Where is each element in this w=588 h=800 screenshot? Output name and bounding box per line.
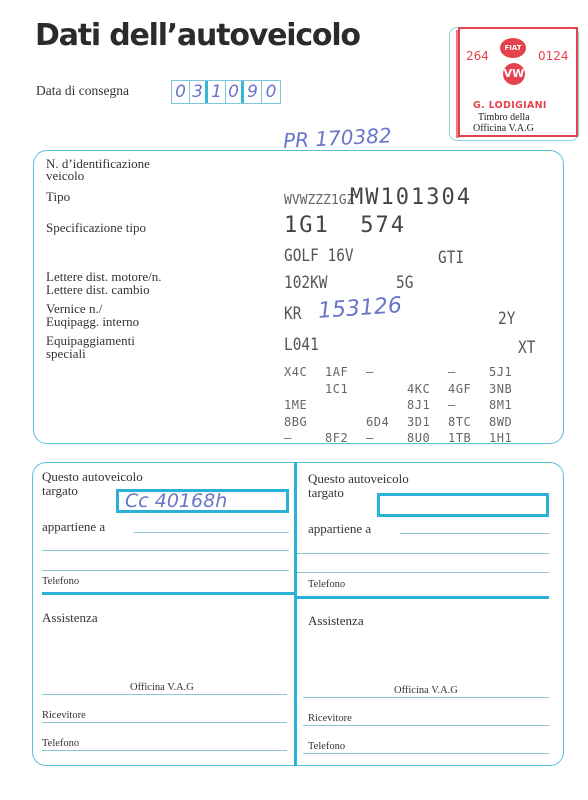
- left-owner-line[interactable]: [134, 532, 289, 533]
- option-code: 8TC: [448, 415, 471, 429]
- type-value: 1G1 574: [284, 213, 406, 238]
- right-section-divider: [297, 596, 549, 599]
- vin-suffix: MW101304: [350, 185, 472, 210]
- left-receiver-line[interactable]: [42, 722, 287, 723]
- right-receiver-line[interactable]: [303, 725, 549, 726]
- option-code: –: [366, 365, 374, 379]
- option-code: –: [284, 431, 292, 445]
- stamp-edge: [456, 30, 459, 138]
- left-workshop-line[interactable]: [42, 694, 287, 695]
- vw-logo-icon: VW: [503, 63, 525, 85]
- option-code: 1C1: [325, 382, 348, 396]
- option-code: 8BG: [284, 415, 307, 429]
- left-receiver-label: Ricevitore: [42, 710, 86, 721]
- right-plate-field[interactable]: [377, 493, 549, 517]
- left-plate-value: Cc 40168h: [125, 490, 227, 512]
- option-code: 1H1: [489, 431, 512, 445]
- stamp-caption-line2: Officina V.A.G: [473, 124, 534, 134]
- right-phone-label: Telefono: [308, 579, 345, 590]
- right-heading-line1: Questo autoveicolo: [308, 472, 409, 485]
- option-code: 4GF: [448, 382, 471, 396]
- right-workshop-line[interactable]: [303, 697, 549, 698]
- option-code: 1ME: [284, 398, 307, 412]
- delivery-date-label: Data di consegna: [36, 84, 129, 97]
- interior-label: Euqipagg. interno: [46, 315, 139, 328]
- date-digit: 0: [262, 81, 280, 103]
- option-code: –: [448, 398, 456, 412]
- gearbox-label: Lettere dist. cambio: [46, 283, 150, 296]
- special-equipment-label-line2: speciali: [46, 347, 86, 360]
- option-code: 6D4: [366, 415, 389, 429]
- right-owner-line[interactable]: [400, 533, 549, 534]
- left-owner-line3[interactable]: [42, 570, 289, 571]
- stamp-dealer-name: G. LODIGIANI: [473, 100, 547, 111]
- left-phone2-label: Telefono: [42, 738, 79, 749]
- paint-code-value: KR: [284, 304, 301, 324]
- right-belongs-label: appartiene a: [308, 522, 371, 535]
- option-code: –: [448, 365, 456, 379]
- stamp-caption-line1: Timbro della: [478, 113, 530, 123]
- type-label: Tipo: [46, 190, 70, 203]
- right-workshop-label: Officina V.A.G: [394, 685, 458, 696]
- date-digit: 0: [172, 81, 190, 103]
- right-phone2-line[interactable]: [303, 753, 549, 754]
- option-code: 3NB: [489, 382, 512, 396]
- model-value: GOLF 16V: [284, 246, 354, 266]
- stamp-left-number: 264: [466, 49, 489, 63]
- date-digit: 9: [244, 81, 262, 103]
- special-code-value: L041: [284, 335, 319, 355]
- option-code: 1AF: [325, 365, 348, 379]
- option-code: 5J1: [489, 365, 512, 379]
- left-service-label: Assistenza: [42, 611, 98, 624]
- special-suffix-value: XT: [518, 338, 535, 358]
- date-digit: 1: [208, 81, 226, 103]
- option-code: 3D1: [407, 415, 430, 429]
- left-plate-field[interactable]: Cc 40168h: [116, 489, 289, 513]
- vin-label-line2: veicolo: [46, 169, 84, 182]
- engine-value: 102KW: [284, 273, 328, 293]
- option-code: –: [366, 431, 374, 445]
- left-phone-label: Telefono: [42, 576, 79, 587]
- left-section-divider: [42, 592, 294, 595]
- option-code: 8WD: [489, 415, 512, 429]
- date-digit: 3: [190, 81, 208, 103]
- right-owner-line3[interactable]: [297, 572, 549, 573]
- option-code: 4KC: [407, 382, 430, 396]
- left-phone2-line[interactable]: [42, 750, 287, 751]
- option-code: 8F2: [325, 431, 348, 445]
- date-digit: 0: [226, 81, 244, 103]
- gearbox-value: 5G: [396, 273, 413, 293]
- right-service-label: Assistenza: [308, 614, 364, 627]
- right-heading-line2: targato: [308, 486, 344, 499]
- fiat-logo-icon: FIAT: [500, 38, 526, 58]
- left-belongs-label: appartiene a: [42, 520, 105, 533]
- right-receiver-label: Ricevitore: [308, 713, 352, 724]
- option-code: X4C: [284, 365, 307, 379]
- left-workshop-label: Officina V.A.G: [130, 682, 194, 693]
- vin-prefix: WVWZZZ1GZ: [284, 193, 354, 208]
- option-code: 8J1: [407, 398, 430, 412]
- ownership-divider: [294, 462, 297, 766]
- option-code: 8M1: [489, 398, 512, 412]
- right-phone2-label: Telefono: [308, 741, 345, 752]
- delivery-date-field[interactable]: 0 3 1 0 9 0: [171, 80, 281, 104]
- left-heading-line2: targato: [42, 484, 78, 497]
- type-spec-label: Specificazione tipo: [46, 221, 146, 234]
- page-title: Dati dell’autoveicolo: [35, 18, 360, 53]
- trim-value: GTI: [438, 248, 464, 268]
- right-owner-line2[interactable]: [297, 553, 549, 554]
- option-code: 1TB: [448, 431, 471, 445]
- left-heading-line1: Questo autoveicolo: [42, 470, 143, 483]
- option-code: 8U0: [407, 431, 430, 445]
- stamp-right-number: 0124: [538, 49, 569, 63]
- handwritten-reference: PR 170382: [282, 123, 392, 153]
- interior-value: 2Y: [498, 309, 515, 329]
- left-owner-line2[interactable]: [42, 550, 289, 551]
